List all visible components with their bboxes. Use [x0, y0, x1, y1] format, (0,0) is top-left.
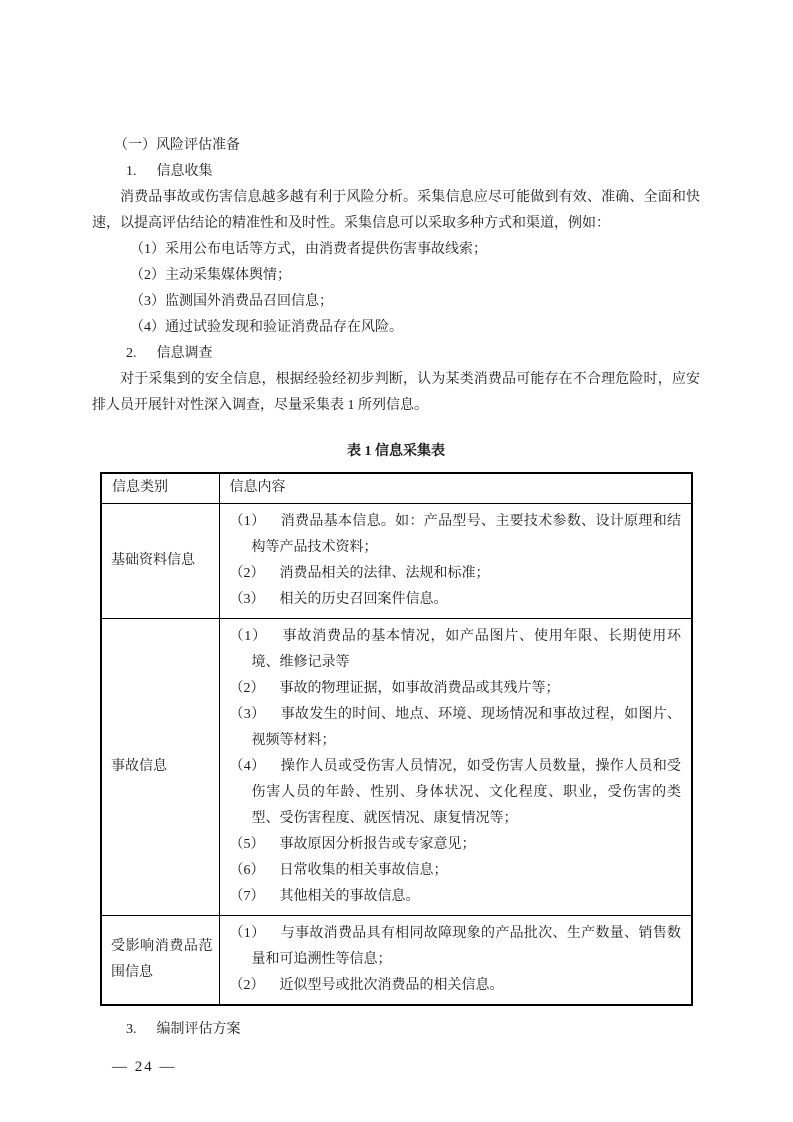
table-item: （1）与事故消费品具有相同故障现象的产品批次、生产数量、销售数量和可追溯性等信息… — [230, 921, 682, 973]
item-text: 事故的物理证据，如事故消费品或其残片等； — [280, 681, 560, 696]
list-item: （4）通过试验发现和验证消费品存在风险。 — [92, 315, 700, 341]
category-cell: 基础资料信息 — [101, 503, 219, 618]
item-number: （2） — [230, 978, 265, 993]
subsection-1-heading: 1.信息收集 — [92, 159, 700, 185]
item-text: 事故原因分析报告或专家意见； — [280, 837, 476, 852]
collection-methods-list: （1）采用公布电话等方式，由消费者提供伤害事故线索；（2）主动采集媒体舆情；（3… — [92, 237, 700, 341]
item-text: 消费品相关的法律、法规和标准； — [280, 566, 490, 581]
table-header-row: 信息类别 信息内容 — [101, 473, 692, 503]
item-text: 与事故消费品具有相同故障现象的产品批次、生产数量、销售数量和可追溯性等信息； — [252, 926, 682, 967]
subsection-1-title: 信息收集 — [157, 164, 213, 179]
subsection-1-paragraph: 消费品事故或伤害信息越多越有利于风险分析。采集信息应尽可能做到有效、准确、全面和… — [92, 185, 700, 237]
table-item: （1）消费品基本信息。如：产品型号、主要技术参数、设计原理和结构等产品技术资料； — [230, 509, 682, 561]
header-category: 信息类别 — [101, 473, 219, 503]
item-number: （1） — [230, 629, 267, 644]
subsection-2-heading: 2.信息调查 — [92, 341, 700, 367]
item-number: （3） — [230, 707, 266, 722]
subsection-2-number: 2. — [126, 346, 137, 361]
table-item: （3）事故发生的时间、地点、环境、现场情况和事故过程，如图片、视频等材料； — [230, 702, 682, 754]
item-text: 近似型号或批次消费品的相关信息。 — [280, 978, 504, 993]
subsection-3-heading: 3.编制评估方案 — [92, 1017, 700, 1043]
info-table-body: 基础资料信息（1）消费品基本信息。如：产品型号、主要技术参数、设计原理和结构等产… — [101, 503, 692, 1005]
item-text: 相关的历史召回案件信息。 — [280, 592, 448, 607]
item-text: 事故消费品的基本情况，如产品图片、使用年限、长期使用环境、维修记录等 — [252, 629, 682, 670]
item-text: 其他相关的事故信息。 — [280, 889, 420, 904]
category-cell: 事故信息 — [101, 618, 219, 915]
info-table-head: 信息类别 信息内容 — [101, 473, 692, 503]
table-row: 事故信息（1）事故消费品的基本情况，如产品图片、使用年限、长期使用环境、维修记录… — [101, 618, 692, 915]
table-item: （4）操作人员或受伤害人员情况，如受伤害人员数量，操作人员和受伤害人员的年龄、性… — [230, 754, 682, 832]
subsection-2-title: 信息调查 — [157, 346, 213, 361]
item-number: （2） — [230, 681, 265, 696]
subsection-3-number: 3. — [126, 1022, 137, 1037]
table-item: （2）事故的物理证据，如事故消费品或其残片等； — [230, 676, 682, 702]
table-caption: 表 1 信息采集表 — [92, 441, 700, 463]
item-text: 事故发生的时间、地点、环境、现场情况和事故过程，如图片、视频等材料； — [252, 707, 682, 748]
table-item: （3）相关的历史召回案件信息。 — [230, 587, 682, 613]
list-item: （1）采用公布电话等方式，由消费者提供伤害事故线索； — [92, 237, 700, 263]
page-content: （一）风险评估准备 1.信息收集 消费品事故或伤害信息越多越有利于风险分析。采集… — [92, 133, 700, 1078]
section-heading: （一）风险评估准备 — [92, 133, 700, 159]
item-number: （1） — [230, 926, 266, 941]
content-cell: （1）与事故消费品具有相同故障现象的产品批次、生产数量、销售数量和可追溯性等信息… — [219, 915, 692, 1005]
item-number: （4） — [230, 759, 266, 774]
table-item: （2）消费品相关的法律、法规和标准； — [230, 561, 682, 587]
subsection-2-paragraph: 对于采集到的安全信息，根据经验经初步判断，认为某类消费品可能存在不合理危险时，应… — [92, 367, 700, 419]
table-item: （5）事故原因分析报告或专家意见； — [230, 832, 682, 858]
item-number: （7） — [230, 889, 265, 904]
content-cell: （1）事故消费品的基本情况，如产品图片、使用年限、长期使用环境、维修记录等（2）… — [219, 618, 692, 915]
item-number: （2） — [230, 566, 265, 581]
category-cell: 受影响消费品范围信息 — [101, 915, 219, 1005]
item-number: （3） — [230, 592, 265, 607]
table-row: 受影响消费品范围信息（1）与事故消费品具有相同故障现象的产品批次、生产数量、销售… — [101, 915, 692, 1005]
page-number: — 24 — — [112, 1056, 700, 1078]
item-text: 操作人员或受伤害人员情况，如受伤害人员数量，操作人员和受伤害人员的年龄、性别、身… — [252, 759, 682, 826]
table-item: （2）近似型号或批次消费品的相关信息。 — [230, 973, 682, 999]
item-number: （5） — [230, 837, 265, 852]
info-collection-table: 信息类别 信息内容 基础资料信息（1）消费品基本信息。如：产品型号、主要技术参数… — [100, 472, 693, 1006]
category-label: 基础资料信息 — [111, 548, 213, 574]
table-item: （1）事故消费品的基本情况，如产品图片、使用年限、长期使用环境、维修记录等 — [230, 624, 682, 676]
item-number: （6） — [230, 863, 265, 878]
category-label: 受影响消费品范围信息 — [111, 934, 213, 986]
content-cell: （1）消费品基本信息。如：产品型号、主要技术参数、设计原理和结构等产品技术资料；… — [219, 503, 692, 618]
table-item: （6）日常收集的相关事故信息； — [230, 858, 682, 884]
subsection-1-number: 1. — [126, 164, 137, 179]
item-text: 日常收集的相关事故信息； — [280, 863, 448, 878]
document-page: { "doc": { "section_heading": "（一）风险评估准备… — [0, 0, 793, 1122]
item-number: （1） — [230, 514, 266, 529]
category-label: 事故信息 — [111, 754, 213, 780]
table-row: 基础资料信息（1）消费品基本信息。如：产品型号、主要技术参数、设计原理和结构等产… — [101, 503, 692, 618]
list-item: （2）主动采集媒体舆情； — [92, 263, 700, 289]
item-text: 消费品基本信息。如：产品型号、主要技术参数、设计原理和结构等产品技术资料； — [252, 514, 682, 555]
list-item: （3）监测国外消费品召回信息； — [92, 289, 700, 315]
header-content: 信息内容 — [219, 473, 692, 503]
subsection-3-title: 编制评估方案 — [157, 1022, 241, 1037]
table-item: （7）其他相关的事故信息。 — [230, 884, 682, 910]
